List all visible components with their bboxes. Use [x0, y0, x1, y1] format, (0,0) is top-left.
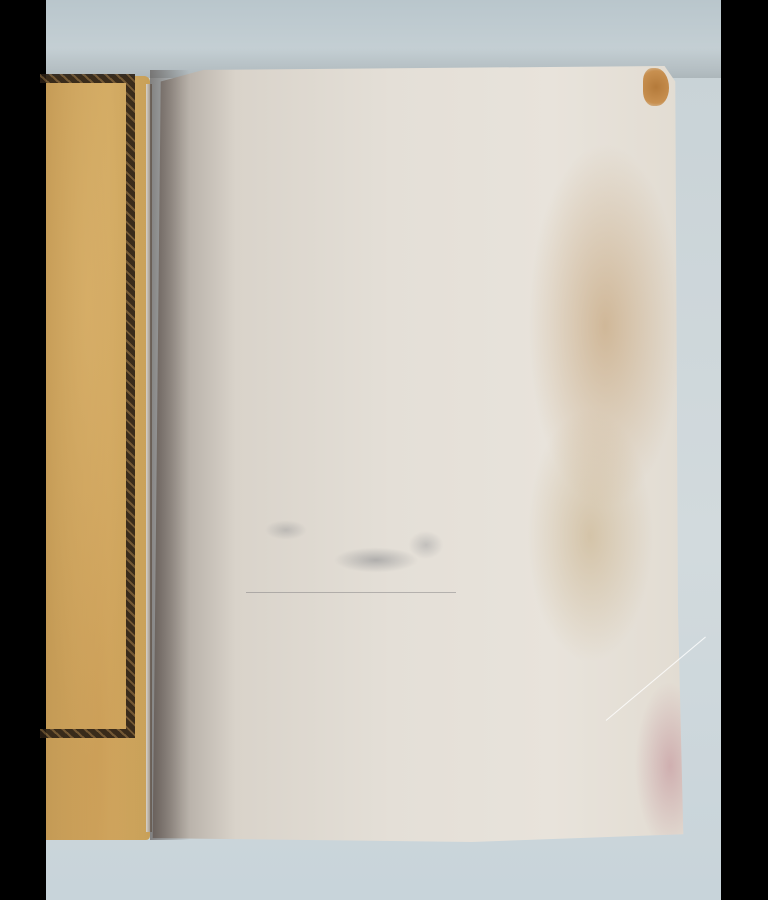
table-surface [46, 0, 721, 900]
letterbox-right [721, 0, 768, 900]
stained-page [150, 66, 686, 842]
faint-offset-imprint [246, 500, 456, 593]
cover-ornamental-border [40, 74, 135, 738]
corner-stain [643, 68, 669, 106]
gutter-shadow [150, 70, 190, 840]
